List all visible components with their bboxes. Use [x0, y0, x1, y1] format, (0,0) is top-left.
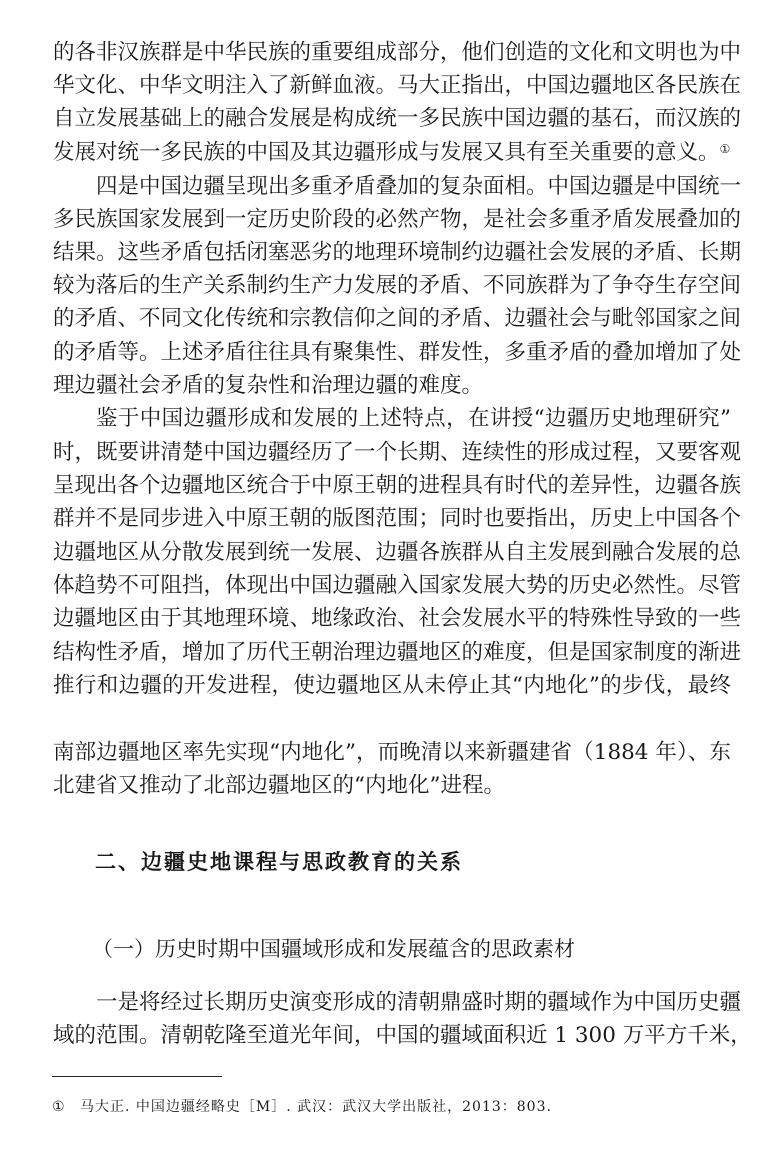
text-line: 一是将经过长期历史演变形成的清朝鼎盛时期的疆域作为中国历史疆 — [96, 990, 731, 1016]
footnote-text: 马大正. 中国边疆经略史［M］. 武汉：武汉大学出版社，2013：803. — [80, 1099, 552, 1115]
footnote-reference[interactable]: ① — [720, 142, 731, 156]
text-line: 结果。这些矛盾包括闭塞恶劣的地理环境制约边疆社会发展的矛盾、长期 — [53, 240, 731, 266]
text-line: 的矛盾、不同文化传统和宗教信仰之间的矛盾、边疆社会与毗邻国家之间 — [53, 306, 731, 332]
text-line: 群并不是同步进入中原王朝的版图范围；同时也要指出，历史上中国各个 — [53, 506, 731, 532]
text-line-with-footnote: 发展对统一多民族的中国及其边疆形成与发展又具有至关重要的意义。① — [53, 140, 731, 166]
text-line: 鉴于中国边疆形成和发展的上述特点，在讲授“边疆历史地理研究” — [96, 406, 731, 432]
text-line: 多民族国家发展到一定历史阶段的必然产物，是社会多重矛盾发展叠加的 — [53, 207, 731, 233]
footnote-marker: ① — [52, 1097, 80, 1117]
text-line: 华文化、中华文明注入了新鲜血液。马大正指出，中国边疆地区各民族在 — [53, 73, 731, 99]
text-line: 的矛盾等。上述矛盾往往具有聚集性、群发性，多重矛盾的叠加增加了处 — [53, 340, 731, 366]
footnote: ①马大正. 中国边疆经略史［M］. 武汉：武汉大学出版社，2013：803. — [52, 1097, 552, 1117]
text-line: 南部边疆地区率先实现“内地化”，而晚清以来新疆建省（1884 年）、东 — [53, 740, 731, 766]
document-page: 的各非汉族群是中华民族的重要组成部分，他们创造的文化和文明也为中 华文化、中华文… — [0, 0, 777, 1149]
text-line: 呈现出各个边疆地区统合于中原王朝的进程具有时代的差异性，边疆各族 — [53, 473, 731, 499]
text-line: 域的范围。清朝乾隆至道光年间，中国的疆域面积近 1 300 万平方千米， — [53, 1023, 731, 1049]
text-line: 自立发展基础上的融合发展是构成统一多民族中国边疆的基石，而汉族的 — [53, 106, 731, 132]
text-line: 推行和边疆的开发进程，使边疆地区从未停止其“内地化”的步伐，最终 — [53, 673, 731, 699]
text-line: 较为落后的生产关系制约生产力发展的矛盾、不同族群为了争夺生存空间 — [53, 273, 731, 299]
text-line: 时，既要讲清楚中国边疆经历了一个长期、连续性的形成过程，又要客观 — [53, 440, 731, 466]
text-line: 结构性矛盾，增加了历代王朝治理边疆地区的难度，但是国家制度的渐进 — [53, 640, 731, 666]
text-line: 四是中国边疆呈现出多重矛盾叠加的复杂面相。中国边疆是中国统一 — [96, 174, 731, 200]
text-line: 理边疆社会矛盾的复杂性和治理边疆的难度。 — [53, 373, 731, 399]
sub-heading: （一）历史时期中国疆域形成和发展蕴含的思政素材 — [92, 935, 575, 963]
text-line: 的各非汉族群是中华民族的重要组成部分，他们创造的文化和文明也为中 — [53, 40, 731, 66]
text-line: 北建省又推动了北部边疆地区的“内地化”进程。 — [53, 773, 731, 799]
text-line: 发展对统一多民族的中国及其边疆形成与发展又具有至关重要的意义。 — [53, 140, 720, 165]
text-line: 体趋势不可阻挡，体现出中国边疆融入国家发展大势的历史必然性。尽管 — [53, 573, 731, 599]
text-line: 边疆地区从分散发展到统一发展、边疆各族群从自主发展到融合发展的总 — [53, 540, 731, 566]
text-line: 边疆地区由于其地理环境、地缘政治、社会发展水平的特殊性导致的一些 — [53, 606, 731, 632]
footnote-divider — [52, 1076, 222, 1077]
section-heading: 二、边疆史地课程与思政教育的关系 — [95, 848, 463, 876]
